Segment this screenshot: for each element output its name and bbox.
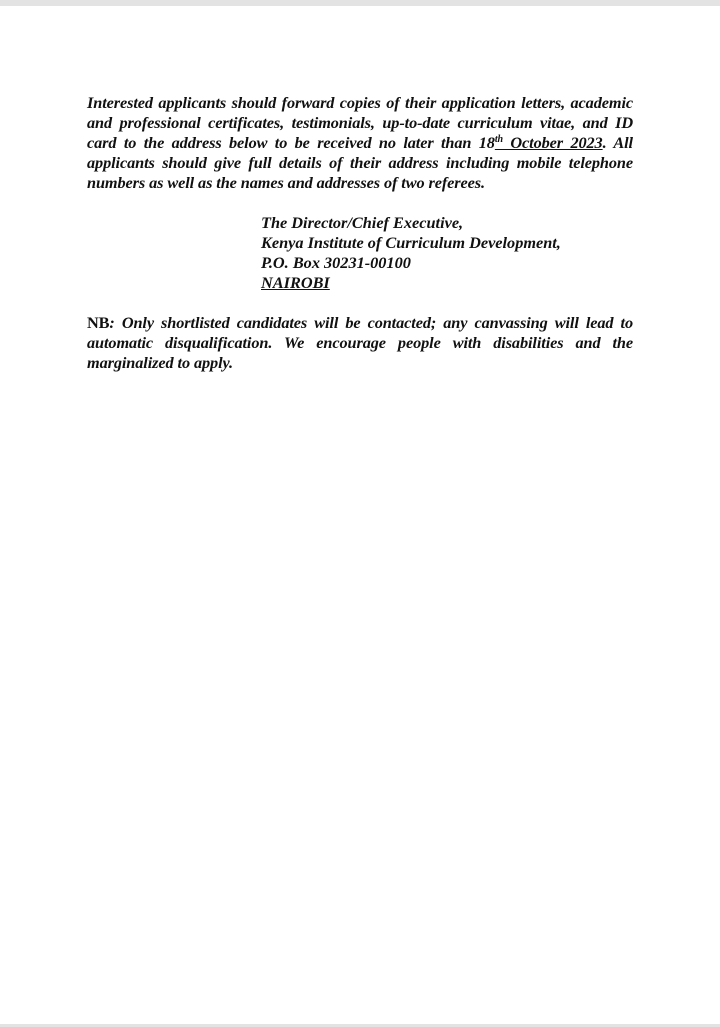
- application-instructions-paragraph: Interested applicants should forward cop…: [87, 93, 633, 193]
- address-line-po-box: P.O. Box 30231-00100: [261, 253, 633, 273]
- nb-label: NB: [87, 313, 109, 332]
- address-line-institution: Kenya Institute of Curriculum Developmen…: [261, 233, 633, 253]
- document-page: Interested applicants should forward cop…: [87, 93, 633, 373]
- nb-note-text: : Only shortlisted candidates will be co…: [87, 313, 633, 372]
- mailing-address: The Director/Chief Executive, Kenya Inst…: [261, 213, 633, 293]
- nb-note-paragraph: NB: Only shortlisted candidates will be …: [87, 313, 633, 373]
- deadline-date: th October 2023: [495, 133, 603, 152]
- top-scroll-edge: [0, 0, 720, 6]
- deadline-month-year: October 2023: [503, 133, 603, 152]
- address-line-recipient: The Director/Chief Executive,: [261, 213, 633, 233]
- address-line-city: NAIROBI: [261, 273, 330, 292]
- date-ordinal-suffix: th: [495, 134, 503, 145]
